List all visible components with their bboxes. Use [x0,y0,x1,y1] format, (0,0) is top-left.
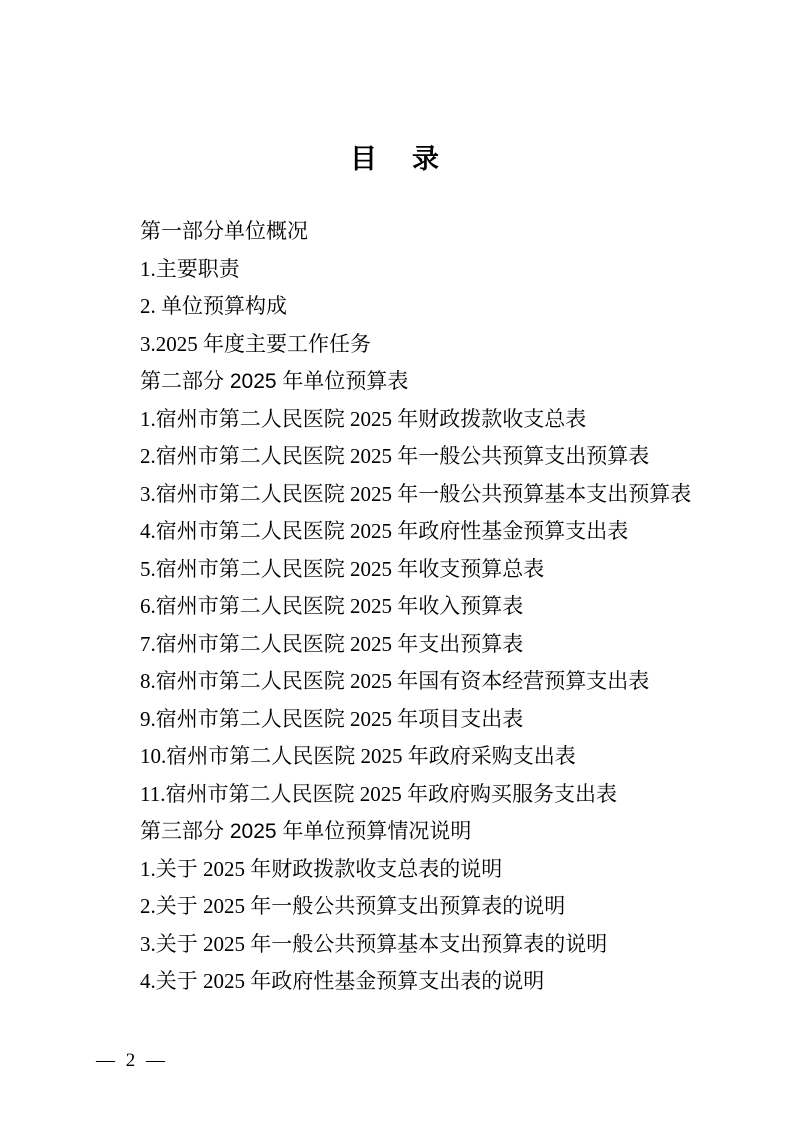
toc-entry: 1.关于 2025 年财政拨款收支总表的说明 [97,851,698,889]
toc-section-heading: 第三部分 2025 年单位预算情况说明 [97,813,698,851]
toc-entry: 8.宿州市第二人民医院 2025 年国有资本经营预算支出表 [97,663,698,701]
document-page: 目 录 第一部分单位概况 1.主要职责 2. 单位预算构成 3.2025 年度主… [0,0,793,1122]
toc-entry: 1.宿州市第二人民医院 2025 年财政拨款收支总表 [97,401,698,439]
toc-entry: 2.关于 2025 年一般公共预算支出预算表的说明 [97,888,698,926]
toc-entry: 11.宿州市第二人民医院 2025 年政府购买服务支出表 [97,776,698,814]
toc-entry: 2.宿州市第二人民医院 2025 年一般公共预算支出预算表 [97,438,698,476]
toc-entry: 7.宿州市第二人民医院 2025 年支出预算表 [97,626,698,664]
toc-entry: 4.宿州市第二人民医院 2025 年政府性基金预算支出表 [97,513,698,551]
toc-entry: 5.宿州市第二人民医院 2025 年收支预算总表 [97,551,698,589]
toc-entry: 3.2025 年度主要工作任务 [97,326,698,364]
toc-section-heading: 第二部分 2025 年单位预算表 [97,363,698,401]
toc-entry: 1.主要职责 [97,251,698,289]
toc-entry: 9.宿州市第二人民医院 2025 年项目支出表 [97,701,698,739]
toc-entry: 6.宿州市第二人民医院 2025 年收入预算表 [97,588,698,626]
toc-section-heading: 第一部分单位概况 [97,213,698,251]
table-of-contents: 第一部分单位概况 1.主要职责 2. 单位预算构成 3.2025 年度主要工作任… [97,213,698,1001]
toc-entry: 3.关于 2025 年一般公共预算基本支出预算表的说明 [97,926,698,964]
page-title: 目 录 [0,137,793,176]
toc-entry: 2. 单位预算构成 [97,288,698,326]
toc-entry: 10.宿州市第二人民医院 2025 年政府采购支出表 [97,738,698,776]
page-number: — 2 — [96,1049,165,1073]
toc-entry: 4.关于 2025 年政府性基金预算支出表的说明 [97,963,698,1001]
toc-entry: 3.宿州市第二人民医院 2025 年一般公共预算基本支出预算表 [97,476,698,514]
